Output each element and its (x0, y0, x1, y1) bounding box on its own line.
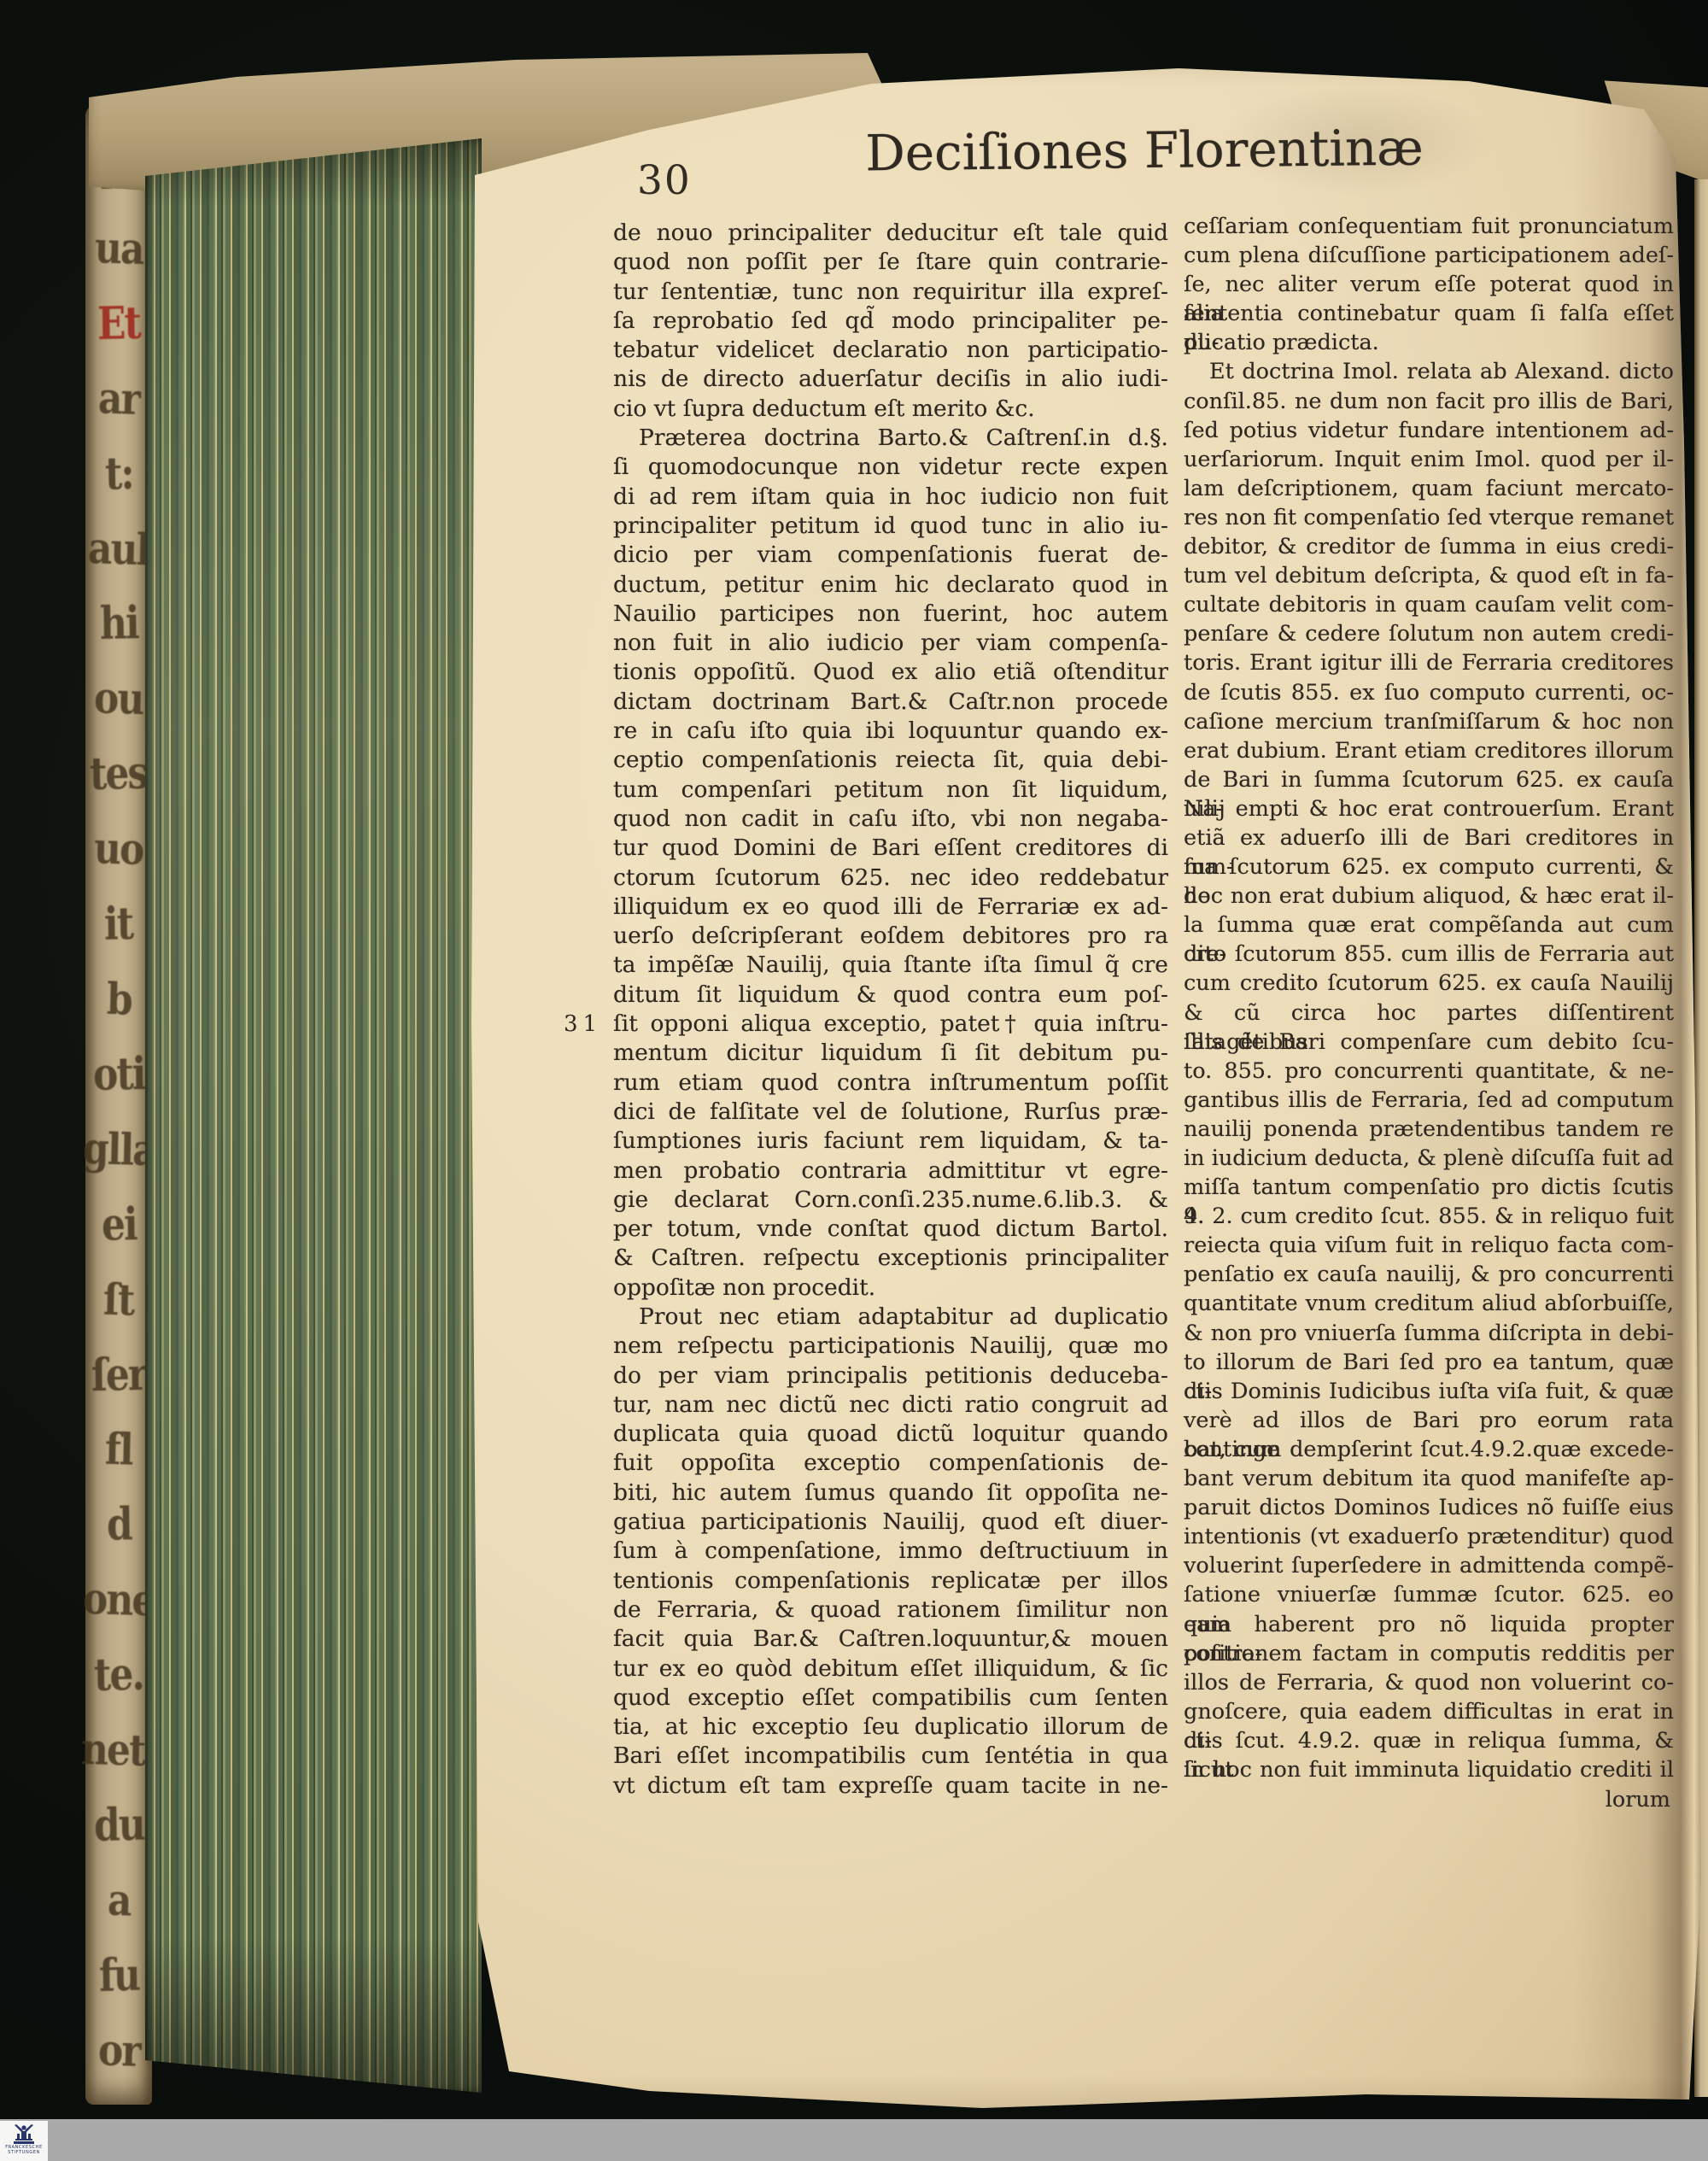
text-line: tum compenſari petitum non ſit liquidum, (613, 776, 1168, 805)
francke-foundations-eagle-icon (11, 2123, 37, 2145)
text-line: ta impẽſæ Nauilij, quia ſtante iſta ſimu… (613, 951, 1168, 980)
text-line: ceſſariam conſequentiam fuit pronunciatu… (1184, 212, 1674, 241)
manuscript-binding-strip: muaEtart:aulhioutesuoitbotigllaeiſtſerfl… (85, 104, 152, 2105)
text-line: quantitate vnum creditum aliud abſorbuiſ… (1184, 1289, 1674, 1318)
text-line: etiã ex aduerſo illi de Bari creditores … (1184, 823, 1674, 852)
text-line: & Caſtren. reſpectu exceptionis principa… (613, 1244, 1168, 1273)
text-line: 9. 2. cum credito ſcut. 855. & in reliqu… (1184, 1202, 1674, 1231)
text-line: ſi quomodocunque non videtur recte expen (613, 453, 1168, 482)
text-line: illiquidum ex eo quod illi de Ferrariæ e… (613, 893, 1168, 922)
text-line: ductum, petitur enim hic declarato quod … (613, 571, 1168, 600)
text-line: in iudicium deducta, & plenè diſcuſſa fu… (1184, 1144, 1674, 1173)
manuscript-fragment: fu (98, 1953, 139, 1999)
text-line: hoc non erat dubium aliquod, & hæc erat … (1184, 881, 1674, 911)
running-title: Deciſiones Florentinæ (854, 118, 1436, 182)
text-line: dicio per viam compenſationis fuerat de- (613, 541, 1168, 570)
catchword: lorum (1184, 1784, 1674, 1815)
text-line: ſe, nec aliter verum eſſe poterat quod i… (1184, 270, 1674, 299)
text-line: lam deſcriptionem, quam faciunt mercato- (1184, 474, 1674, 503)
page-number: 30 (637, 157, 714, 204)
text-line: tia, at hic exceptio ſeu duplicatio illo… (613, 1713, 1168, 1742)
text-line: quod exceptio eſſet compatibilis cum ſen… (613, 1684, 1168, 1713)
manuscript-fragment: ua (94, 227, 143, 272)
manuscript-fragment: one (83, 1578, 155, 1624)
text-line: de Ferraria, & quoad rationem ſimilitur … (613, 1596, 1168, 1625)
manuscript-fragment: oti (92, 1052, 144, 1098)
text-line: toris. Erant igitur illi de Ferraria cre… (1184, 648, 1674, 677)
text-line: tur, nam nec dictũ nec dicti ratio congr… (613, 1391, 1168, 1420)
text-line: gatiua participationis Nauilij, quod eſt… (613, 1508, 1168, 1537)
text-line: de ſcutis 855. ex ſuo computo currenti, … (1184, 678, 1674, 707)
text-line: to illorum de Bari ſed pro ea tantum, qu… (1184, 1348, 1674, 1377)
text-line: verè ad illos de Bari pro eorum rata con… (1184, 1406, 1674, 1435)
text-line: tur quod Domini de Bari eſſent creditore… (613, 834, 1168, 863)
text-line: oppoſitæ non procedit. (613, 1274, 1168, 1303)
text-line: caſione mercium tranſmiſſarum & hoc non (1184, 707, 1674, 736)
text-line: de Bari in ſumma ſcutorum 625. ex cauſa … (1184, 765, 1674, 794)
manuscript-fragment: te. (94, 1654, 143, 1699)
text-line: facit quia Bar.& Caſtren.loquuntur,& mou… (613, 1625, 1168, 1654)
text-line: cio vt ſupra deductum eſt merito &c. (613, 395, 1168, 424)
text-line: poſitionem factam in computis redditis p… (1184, 1639, 1674, 1668)
text-line: intentionis (vt exaduerſo prætenditur) q… (1184, 1522, 1674, 1551)
text-line: ſed potius videtur fundare intentionem a… (1184, 416, 1674, 445)
text-line: non fuit in alio iudicio per viam compen… (613, 629, 1168, 658)
manuscript-fragment: a (107, 1879, 131, 1923)
scanner-strip: FRANCKESCHE STIFTUNGEN (0, 2119, 1708, 2161)
text-line: paruit dictos Dominos Iudices nõ fuiſſe … (1184, 1493, 1674, 1522)
text-line: uerſariorum. Inquit enim Imol. quod per … (1184, 445, 1674, 474)
text-line: tur ſententiæ, tunc non requiritur illa … (613, 278, 1168, 307)
manuscript-fragment: fl (105, 1429, 133, 1473)
manuscript-fragment: Et (97, 302, 141, 347)
text-line: uerſo deſcripſerant eoſdem debitores pro… (613, 922, 1168, 951)
manuscript-fragment: it (104, 903, 133, 948)
text-line: conſil.85. ne dum non facit pro illis de… (1184, 387, 1674, 416)
text-line: duplicata quia quoad dictũ loquitur quan… (613, 1420, 1168, 1449)
manuscript-fragment: ſt (103, 1279, 134, 1323)
text-line: cum plena diſcuſſione participationem ad… (1184, 241, 1674, 270)
text-line: ctorum ſcutorum 625. nec ideo reddebatur (613, 864, 1168, 893)
text-line: mentum dicitur liquidum ſi ſit debitum p… (613, 1039, 1168, 1068)
text-line: ctis Dominis Iudicibus iuſta viſa fuit, … (1184, 1377, 1674, 1406)
text-line: tebatur videlicet declaratio non partici… (613, 336, 1168, 365)
text-line: gnoſcere, quia eadem difficultas in erat… (1184, 1697, 1674, 1726)
text-column-left: de nouo principaliter deducitur eſt tale… (613, 219, 1168, 1801)
text-line: tentionis compenſationis replicatæ per i… (613, 1567, 1168, 1596)
text-line: tionis oppoſitũ. Quod ex alio etiã oſten… (613, 658, 1168, 687)
fore-edge-leaves (145, 138, 482, 2093)
text-line: men probatio contraria admittitur vt egr… (613, 1157, 1168, 1186)
text-line: vt dictum eſt tam expreſſe quam tacite i… (613, 1772, 1168, 1801)
text-line: Bari eſſet incompatibilis cum ſentétia i… (613, 1742, 1168, 1771)
manuscript-fragment: hi (99, 602, 137, 647)
text-line: re in caſu iſto quia ibi loquuntur quand… (613, 717, 1168, 746)
text-line: la ſumma quæ erat compẽſanda aut cum cre… (1184, 911, 1674, 940)
text-line: ſum à compenſatione, immo deſtructiuum i… (613, 1537, 1168, 1566)
text-line: ma ſcutorum 625. ex computo currenti, & … (1184, 852, 1674, 881)
text-line: ſententia continebatur quam ſi falſa eſſ… (1184, 299, 1674, 328)
manuscript-fragment: ar (98, 378, 140, 422)
text-line: ſit opponi aliqua exceptio, patet† quia … (613, 1010, 1168, 1039)
text-line: fuit oppoſita exceptio compenſationis de… (613, 1449, 1168, 1478)
text-line: uilij empti & hoc erat controuerſum. Era… (1184, 794, 1674, 823)
text-line: cultate debitoris in quam cauſam velit c… (1184, 590, 1674, 619)
text-line: principaliter petitum id quod tunc in al… (613, 512, 1168, 541)
manuscript-fragment: t: (104, 452, 132, 497)
text-line: quod non cadit in caſu iſto, vbi non neg… (613, 805, 1168, 834)
text-line: & cũ circa hoc partes diſſentirent ſatag… (1184, 999, 1674, 1028)
manuscript-fragment: glla (82, 1127, 155, 1173)
text-line: voluerint ſuperſedere in admittenda comp… (1184, 1551, 1674, 1580)
manuscript-fragment: uo (94, 828, 143, 872)
book-scan: muaEtart:aulhioutesuoitbotigllaeiſtſerfl… (0, 0, 1708, 2161)
text-column-right: ceſſariam conſequentiam fuit pronunciatu… (1184, 212, 1674, 1815)
text-line: tum vel debitum deſcripta, & quod eſt in… (1184, 561, 1674, 590)
text-line: penſare & cedere ſolutum non autem credi… (1184, 619, 1674, 648)
text-line: Prout nec etiam adaptabitur ad duplicati… (613, 1303, 1168, 1332)
text-line: dictam doctrinam Bart.& Caſtr.non proced… (613, 688, 1168, 717)
text-line: miſſa tantum compenſatio pro dictis ſcut… (1184, 1173, 1674, 1202)
manuscript-fragment: du (93, 1803, 144, 1848)
text-line: res non fit compenſatio ſed vterque rema… (1184, 503, 1674, 532)
manuscript-fragment: ſer (91, 1353, 147, 1398)
text-line: dito ſcutorum 855. cum illis de Ferraria… (1184, 940, 1674, 969)
manuscript-fragment: tes (90, 753, 148, 798)
text-line: Et doctrina Imol. relata ab Alexand. dic… (1184, 357, 1674, 386)
text-line: gantibus illis de Ferraria, ſed ad compu… (1184, 1086, 1674, 1115)
text-line: reiecta quia viſum fuit in reliquo facta… (1184, 1231, 1674, 1260)
text-line: ſatione vniuerſæ ſummæ ſcutor. 625. eo q… (1184, 1580, 1674, 1609)
text-line: rum etiam quod contra inſtrumentum poſſi… (613, 1069, 1168, 1098)
text-line: to. 855. pro concurrenti quantitate, & n… (1184, 1057, 1674, 1086)
text-line: nem reſpectu participationis Nauilij, qu… (613, 1332, 1168, 1361)
text-line: ctis ſcut. 4.9.2. quæ in reliqua ſumma, … (1184, 1726, 1674, 1755)
text-line: per totum, vnde conſtat quod dictum Bart… (613, 1215, 1168, 1244)
text-line: de nouo principaliter deducitur eſt tale… (613, 219, 1168, 248)
text-line: debitor, & creditor de ſumma in eius cre… (1184, 532, 1674, 561)
manuscript-fragment: aul (88, 527, 149, 572)
text-line: ceptio compenſationis reiecta ſit, quia … (613, 746, 1168, 775)
text-line: Præterea doctrina Barto.& Caſtrenſ.in d.… (613, 424, 1168, 453)
text-line: & non pro vniuerſa ſumma diſcripta in de… (1184, 1319, 1674, 1348)
manuscript-fragment: ei (101, 1203, 136, 1248)
manuscript-fragment: b (106, 978, 132, 1022)
text-line: dici de falſitate vel de ſolutione, Rurſ… (613, 1098, 1168, 1127)
manuscript-fragment: ou (94, 677, 143, 722)
text-line: nauilij ponenda prætendentibus tandem re (1184, 1115, 1674, 1144)
text-line: nis de directo aduerſatur deciſis in ali… (613, 365, 1168, 394)
text-line: ditum ſit liquidum & quod contra eum poſ… (613, 981, 1168, 1010)
text-line: biti, hic autem ſumus quando ſit oppoſit… (613, 1479, 1168, 1508)
manuscript-fragment: d (106, 1503, 132, 1549)
text-line: ſa reprobatio ſed qd̃ modo principaliter… (613, 307, 1168, 336)
text-line: in hoc non fuit imminuta liquidatio cred… (1184, 1755, 1674, 1784)
text-line: ſumptiones iuris faciunt rem liquidam, &… (613, 1127, 1168, 1156)
manuscript-fragment: or (97, 2029, 140, 2074)
margin-note-left: 31 (564, 1011, 606, 1037)
text-line: penſatio ex cauſa nauilij, & pro concurr… (1184, 1260, 1674, 1289)
text-line: do per viam principalis petitionis deduc… (613, 1362, 1168, 1391)
text-line: quod non poſſit per ſe ſtare quin contra… (613, 248, 1168, 277)
text-line: eam haberent pro nõ liquida propter cont… (1184, 1610, 1674, 1639)
text-line: illis de Bari compenſare cum debito ſcu- (1184, 1028, 1674, 1057)
text-line: cum credito ſcutorum 625. ex cauſa Nauil… (1184, 969, 1674, 998)
text-line: erat dubium. Erant etiam creditores illo… (1184, 736, 1674, 765)
text-line: bat, cum dempſerint ſcut.4.9.2.quæ exced… (1184, 1435, 1674, 1464)
stamp-text-line2: STIFTUNGEN (8, 2150, 40, 2155)
text-line: plicatio prædicta. (1184, 328, 1674, 357)
text-line: gie declarat Corn.conſi.235.nume.6.lib.3… (613, 1186, 1168, 1215)
library-stamp: FRANCKESCHE STIFTUNGEN (0, 2121, 48, 2161)
text-line: Nauilio participes non fuerint, hoc aute… (613, 600, 1168, 629)
text-line: bant verum debitum ita quod manifeſte ap… (1184, 1464, 1674, 1493)
text-line: illos de Ferraria, & quod non voluerint … (1184, 1668, 1674, 1697)
text-line: tur ex eo quòd debitum eſſet illiquidum,… (613, 1654, 1168, 1684)
text-line: di ad rem iſtam quia in hoc iudicio non … (613, 483, 1168, 512)
